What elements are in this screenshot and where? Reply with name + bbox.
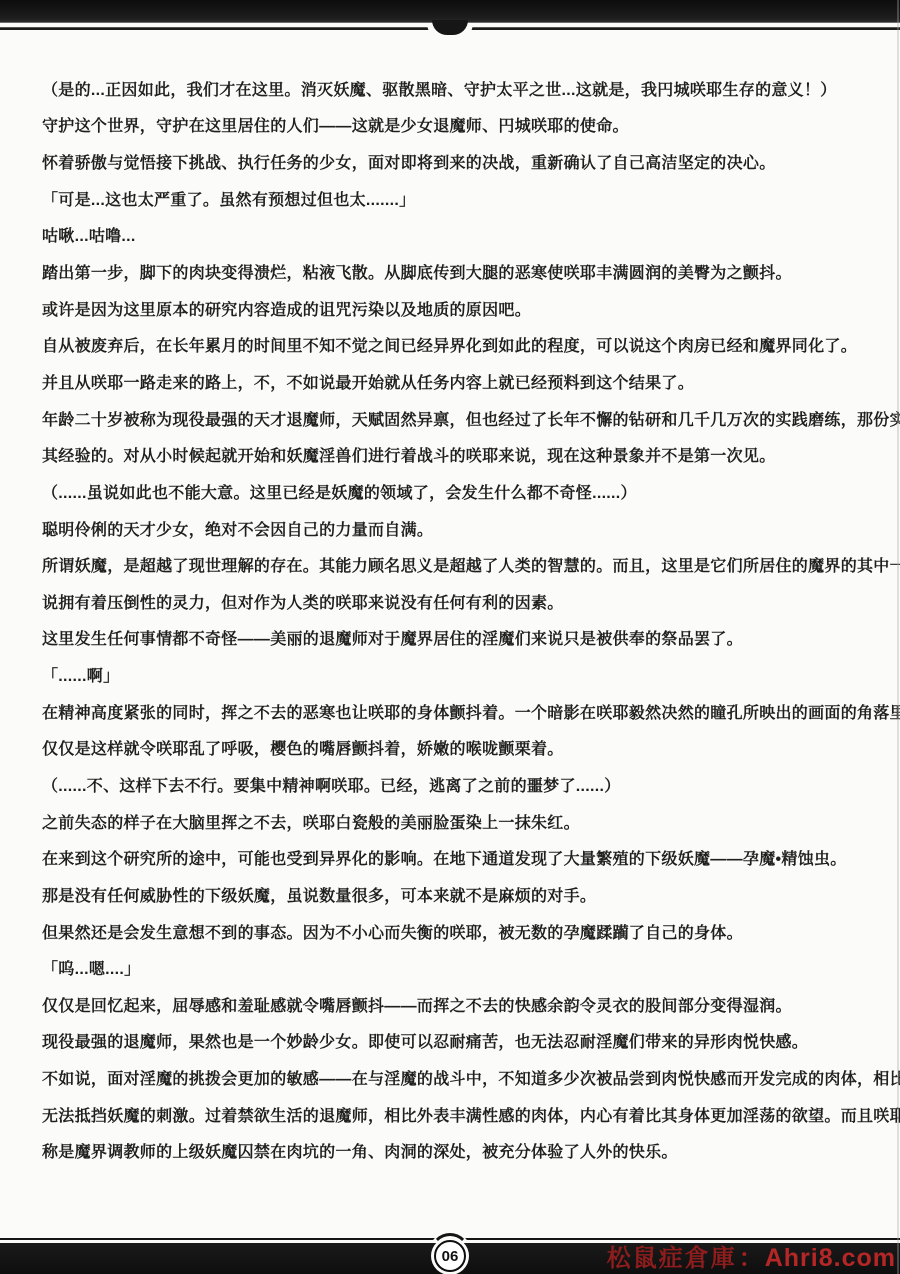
text-line: 那是没有任何威胁性的下级妖魔，虽说数量很多，可本来就不是麻烦的对手。 xyxy=(42,876,867,913)
text-line: 在来到这个研究所的途中，可能也受到异界化的影响。在地下通道发现了大量繁殖的下级妖… xyxy=(42,839,867,876)
text-line: 称是魔界调教师的上级妖魔囚禁在肉坑的一角、肉洞的深处，被充分体验了人外的快乐。 xyxy=(42,1133,867,1170)
text-line: 这里发生任何事情都不奇怪——美丽的退魔师对于魔界居住的淫魔们来说只是被供奉的祭品… xyxy=(42,620,867,657)
text-line: 不如说，面对淫魔的挑拨会更加的敏感——在与淫魔的战斗中，不知道多少次被品尝到肉悦… xyxy=(42,1059,867,1096)
text-line: 年龄二十岁被称为现役最强的天才退魔师，天赋固然异禀，但也经过了长年不懈的钻研和几… xyxy=(42,400,867,437)
text-line: 或许是因为这里原本的研究内容造成的诅咒污染以及地质的原因吧。 xyxy=(42,290,867,327)
watermark-colon: ： xyxy=(739,1247,763,1271)
text-line: 「呜...嗯....」 xyxy=(42,949,867,986)
text-line: 「......啊」 xyxy=(42,656,867,693)
story-text: （是的...正因如此，我们才在这里。消灭妖魔、驱散黑暗、守护太平之世...这就是… xyxy=(42,70,867,1169)
text-line: （......不、这样下去不行。要集中精神啊咲耶。已经，逃离了之前的噩梦了...… xyxy=(42,766,867,803)
text-line: 咕啾...咕噜... xyxy=(42,217,867,254)
text-line: 守护这个世界，守护在这里居住的人们——这就是少女退魔师、円城咲耶的使命。 xyxy=(42,107,867,144)
text-line: 说拥有着压倒性的灵力，但对作为人类的咲耶来说没有任何有利的因素。 xyxy=(42,583,867,620)
text-line: 现役最强的退魔师，果然也是一个妙龄少女。即使可以忍耐痛苦，也无法忍耐淫魔们带来的… xyxy=(42,1023,867,1060)
text-line: 无法抵挡妖魔的刺激。过着禁欲生活的退魔师，相比外表丰满性感的肉体，内心有着比其身… xyxy=(42,1096,867,1133)
text-line: 其经验的。对从小时候起就开始和妖魔淫兽们进行着战斗的咲耶来说，现在这种景象并不是… xyxy=(42,436,867,473)
text-line: 但果然还是会发生意想不到的事态。因为不小心而失衡的咲耶，被无数的孕魔蹂躏了自己的… xyxy=(42,913,867,950)
text-line: 仅仅是回忆起来，屈辱感和羞耻感就令嘴唇颤抖——而挥之不去的快感余韵令灵衣的股间部… xyxy=(42,986,867,1023)
text-line: 在精神高度紧张的同时，挥之不去的恶寒也让咲耶的身体颤抖着。一个暗影在咲耶毅然决然… xyxy=(42,693,867,730)
text-line: 自从被废弃后，在长年累月的时间里不知不觉之间已经异界化到如此的程度，可以说这个肉… xyxy=(42,326,867,363)
text-line: （......虽说如此也不能大意。这里已经是妖魔的领域了，会发生什么都不奇怪..… xyxy=(42,473,867,510)
page-number-circle: 06 xyxy=(434,1240,466,1272)
page-right-edge-shadow xyxy=(897,0,899,1274)
page-number: 06 xyxy=(442,1248,459,1265)
watermark: 松鼠症倉庫 ： Ahri8.com xyxy=(607,1243,896,1274)
watermark-latin-text: Ahri8.com xyxy=(765,1246,896,1271)
text-line: 仅仅是这样就令咲耶乱了呼吸，樱色的嘴唇颤抖着，娇嫩的喉咙颤栗着。 xyxy=(42,730,867,767)
text-line: （是的...正因如此，我们才在这里。消灭妖魔、驱散黑暗、守护太平之世...这就是… xyxy=(42,70,867,107)
text-line: 所谓妖魔，是超越了现世理解的存在。其能力顾名思义是超越了人类的智慧的。而且，这里… xyxy=(42,546,867,583)
watermark-cjk-text: 松鼠症倉庫 xyxy=(607,1247,737,1271)
text-line: 踏出第一步，脚下的肉块变得溃烂，粘液飞散。从脚底传到大腿的恶寒使咲耶丰满圆润的美… xyxy=(42,253,867,290)
text-line: 之前失态的样子在大脑里挥之不去，咲耶白瓷般的美丽脸蛋染上一抹朱红。 xyxy=(42,803,867,840)
text-line: 「可是...这也太严重了。虽然有预想过但也太.......」 xyxy=(42,180,867,217)
text-line: 怀着骄傲与觉悟接下挑战、执行任务的少女，面对即将到来的决战，重新确认了自己高洁坚… xyxy=(42,143,867,180)
text-line: 并且从咲耶一路走来的路上，不，不如说最开始就从任务内容上就已经预料到这个结果了。 xyxy=(42,363,867,400)
text-line: 聪明伶俐的天才少女，绝对不会因自己的力量而自满。 xyxy=(42,510,867,547)
